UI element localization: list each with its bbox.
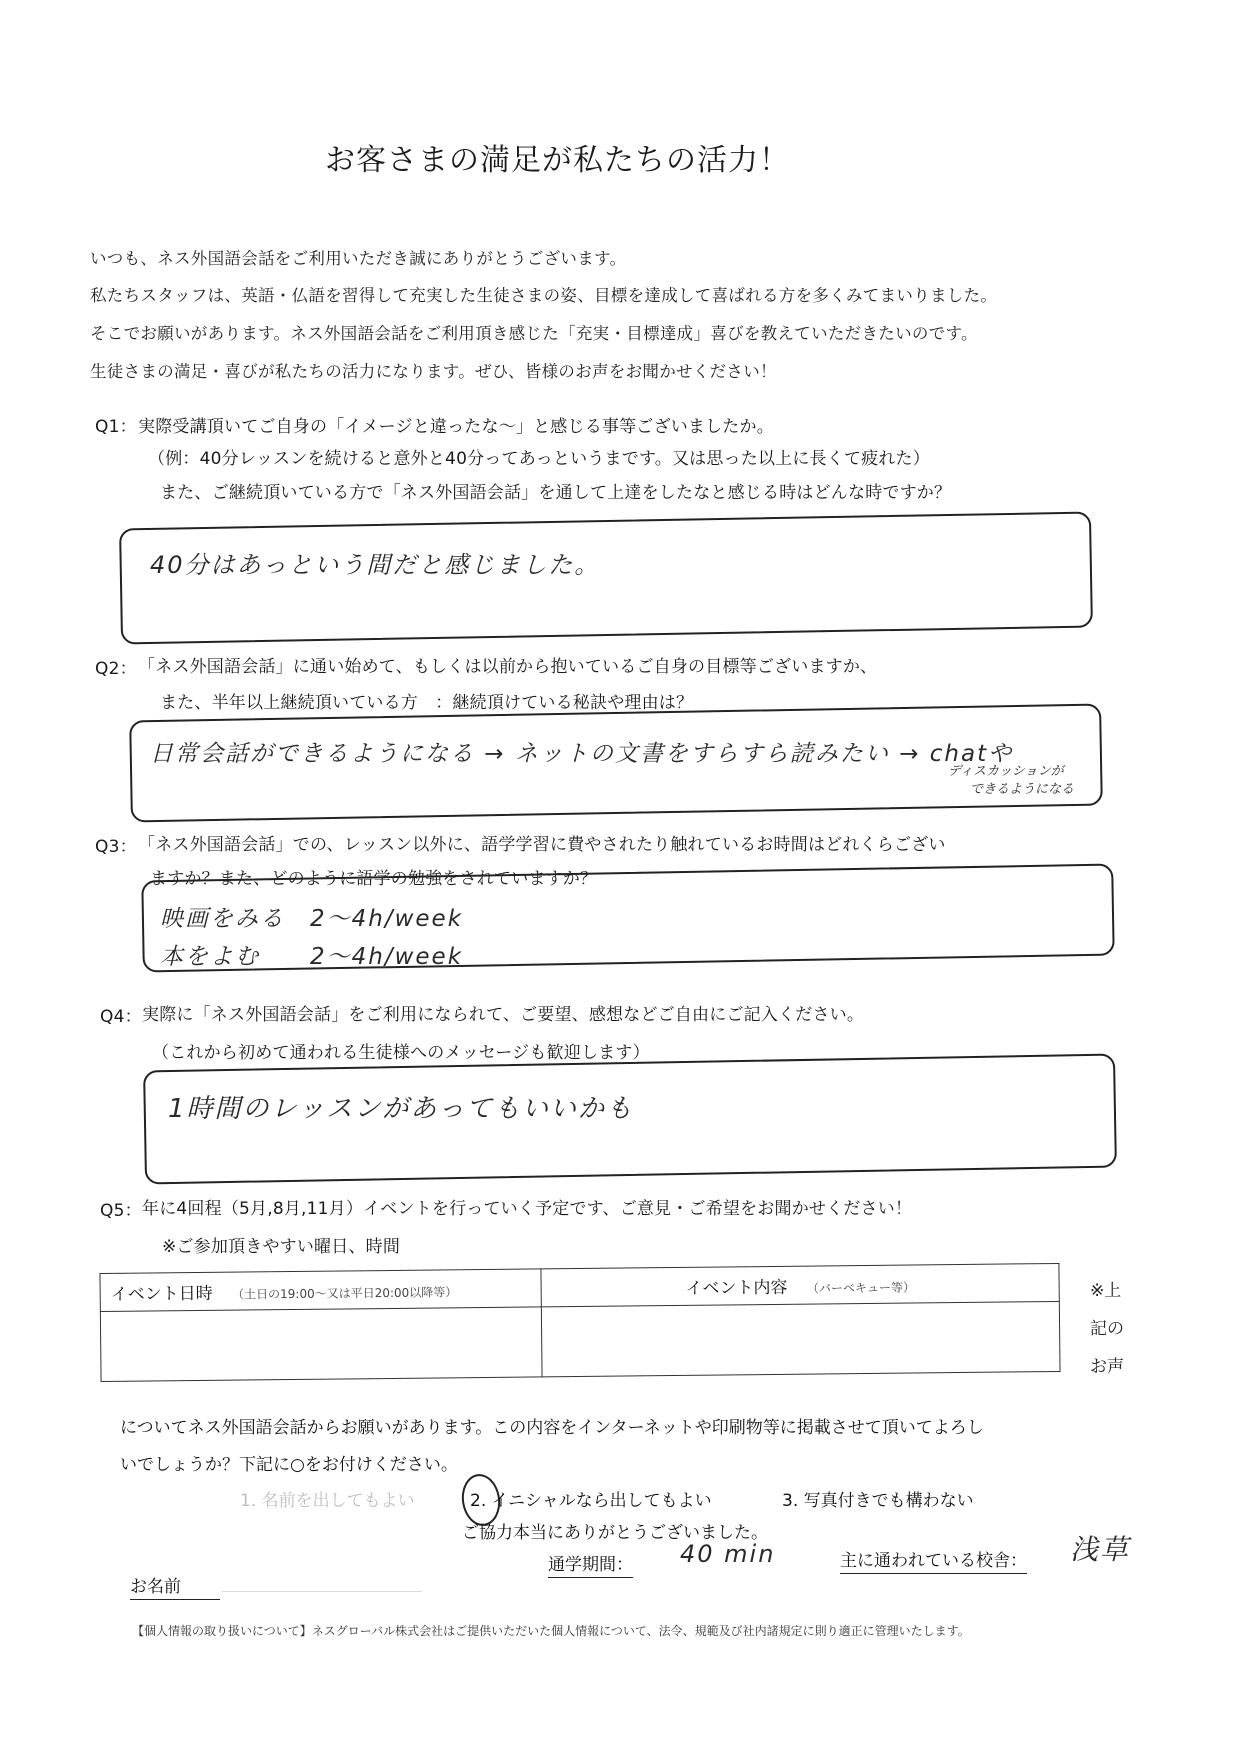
event-date-header-label: イベント日時 <box>111 1284 213 1305</box>
campus-value[interactable]: 浅草 <box>1070 1528 1130 1568</box>
q2-followup: また、半年以上継続頂いている方 ：継続頂けている秘訣や理由は？ <box>160 688 693 713</box>
period-value[interactable]: 40 min <box>680 1540 775 1568</box>
q5-note: ※ご参加頂きやすい曜日、時間 <box>162 1232 400 1257</box>
q2-text: 「ネス外国語会話」に通い始めて、もしくは以前から抱いているご自身の目標等ございま… <box>138 652 877 677</box>
consent-option-3[interactable]: 3. 写真付きでも構わない <box>782 1486 974 1511</box>
event-date-hint: （土日の19:00～又は平日20:00以降等） <box>232 1285 457 1301</box>
q1-answer: 40分はあっという間だと感じました。 <box>150 545 600 580</box>
q1-text: 実際受講頂いてご自身の「イメージと違ったな～」と感じる事等ございましたか。 <box>138 412 774 437</box>
q3-label: Q3： <box>95 832 137 857</box>
q4-answer: 1時間のレッスンがあってもいいかも <box>168 1088 634 1125</box>
privacy-note: 【個人情報の取り扱いについて】ネスグローバル株式会社はご提供いただいた個人情報に… <box>132 1622 970 1639</box>
event-content-header-label: イベント内容 <box>685 1278 787 1299</box>
side-note-line: 記の <box>1090 1314 1124 1339</box>
q2-answer-line: できるようになる <box>970 778 1074 797</box>
event-date-input[interactable] <box>100 1307 542 1382</box>
q2-answer-line: ディスカッションが <box>948 760 1064 779</box>
q3-text: 「ネス外国語会話」での、レッスン以外に、語学学習に費やされたり触れているお時間は… <box>138 830 946 855</box>
event-content-hint: （バーベキュー等） <box>807 1280 915 1295</box>
q2-label: Q2： <box>95 654 137 679</box>
q1-example: （例：40分レッスンを続けると意外と40分ってあっというまです。又は思った以上に… <box>148 444 930 469</box>
q1-label: Q1： <box>95 412 137 437</box>
q2-answer-line: 日常会話ができるようになる → ネットの文書をすらすら読みたい → chatや <box>150 735 1013 768</box>
q4-text: 実際に「ネス外国語会話」をご利用になられて、ご要望、感想などご自由にご記入くださ… <box>142 1000 864 1025</box>
side-note-line: お声 <box>1090 1352 1124 1377</box>
period-label: 通学期間： <box>548 1550 633 1578</box>
name-label: お名前 <box>130 1572 220 1600</box>
q1-followup: また、ご継続頂いている方で「ネス外国語会話」を通して上達をしたなと感じる時はどん… <box>160 478 951 503</box>
consent-option-2[interactable]: 2. イニシャルなら出してもよい <box>470 1486 712 1511</box>
event-content-header: イベント内容 （バーベキュー等） <box>541 1263 1059 1306</box>
consent-text: についてネス外国語会話からお願いがあります。この内容をインターネットや印刷物等に… <box>120 1413 984 1438</box>
intro-line: そこでお願いがあります。ネス外国語会話をご利用頂き感じた「充実・目標達成」喜びを… <box>90 320 978 344</box>
q4-followup: （これから初めて通われる生徒様へのメッセージも歓迎します） <box>152 1038 650 1063</box>
q3-answer-line: 本をよむ 2～4h/week <box>160 938 463 971</box>
side-note-line: ※上 <box>1090 1276 1121 1301</box>
consent-option-1[interactable]: 1. 名前を出してもよい <box>240 1486 415 1511</box>
event-table: イベント日時 （土日の19:00～又は平日20:00以降等） イベント内容 （バ… <box>99 1263 1060 1382</box>
page-title: お客さまの満足が私たちの活力！ <box>325 135 790 179</box>
intro-line: 生徒さまの満足・喜びが私たちの活力になります。ぜひ、皆様のお声をお聞かせください… <box>90 358 777 382</box>
q5-text: 年に4回程（5月,8月,11月）イベントを行っていく予定です、ご意見・ご希望をお… <box>142 1194 912 1219</box>
q3-answer-line: 映画をみる 2～4h/week <box>160 900 463 933</box>
consent-text: いでしょうか？下記に○をお付けください。 <box>120 1450 458 1475</box>
event-content-input[interactable] <box>541 1301 1060 1376</box>
q4-label: Q4： <box>100 1002 142 1027</box>
name-field[interactable] <box>222 1590 422 1592</box>
campus-label: 主に通われている校舎： <box>840 1546 1027 1574</box>
event-date-header: イベント日時 （土日の19:00～又は平日20:00以降等） <box>100 1269 541 1312</box>
q5-label: Q5： <box>100 1196 142 1221</box>
intro-line: いつも、ネス外国語会話をご利用いただき誠にありがとうございます。 <box>90 245 626 269</box>
intro-line: 私たちスタッフは、英語・仏語を習得して充実した生徒さまの姿、目標を達成して喜ばれ… <box>90 282 997 306</box>
